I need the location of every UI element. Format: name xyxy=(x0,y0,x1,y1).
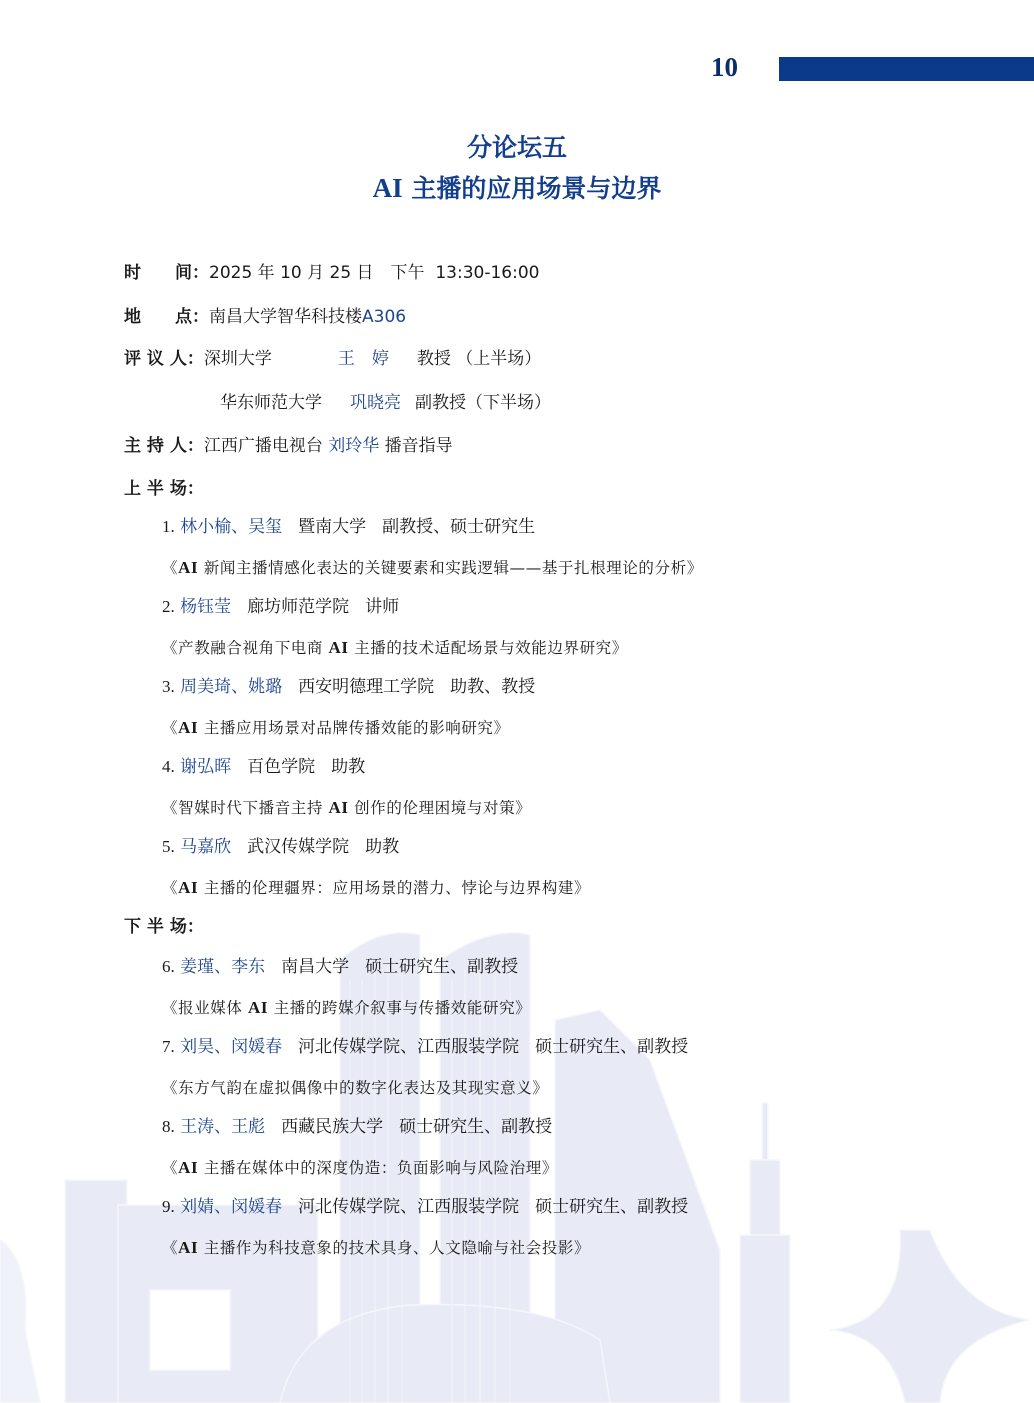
talk-authors: 王涛、王彪 xyxy=(180,1117,265,1137)
host-name: 刘玲华 xyxy=(328,436,379,456)
talk-item: 8. 王涛、王彪西藏民族大学硕士研究生、副教授 xyxy=(162,1115,552,1139)
talk-authors: 姜瑾、李东 xyxy=(180,957,265,977)
time-value: 2025 年 10 月 25 日 下午 13:30-16:00 xyxy=(209,263,539,283)
talk-paper-title: 《AI 主播在媒体中的深度伪造：负面影响与风险治理》 xyxy=(162,1156,558,1180)
commentators-label: 评 议 人： xyxy=(124,349,204,369)
talk-authors: 周美琦、姚璐 xyxy=(180,677,282,697)
location-room: A306 xyxy=(362,307,406,327)
talk-item: 9. 刘婧、闵媛春河北传媒学院、江西服装学院硕士研究生、副教授 xyxy=(162,1195,688,1219)
location-value: 南昌大学智华科技楼 xyxy=(209,307,362,327)
info-time: 时 间：2025 年 10 月 25 日 下午 13:30-16:00 xyxy=(124,261,539,285)
forum-subtitle: AI 主播的应用场景与边界 xyxy=(0,168,1034,209)
session-label-first-half: 上 半 场： xyxy=(124,477,204,501)
info-location: 地 点：南昌大学智华科技楼A306 xyxy=(124,305,406,329)
talk-authors: 林小榆、吴玺 xyxy=(180,517,282,537)
talk-item: 4. 谢弘晖百色学院助教 xyxy=(162,755,365,779)
talk-institution: 河北传媒学院、江西服装学院 xyxy=(298,1197,519,1217)
title-block: 分论坛五 AI 主播的应用场景与边界 xyxy=(0,128,1034,209)
talk-authors: 马嘉欣 xyxy=(180,837,231,857)
talk-paper-title: 《东方气韵在虚拟偶像中的数字化表达及其现实意义》 xyxy=(162,1076,548,1100)
talk-item: 6. 姜瑾、李东南昌大学硕士研究生、副教授 xyxy=(162,955,518,979)
talk-titles: 硕士研究生、副教授 xyxy=(535,1037,688,1057)
talk-item: 1. 林小榆、吴玺暨南大学副教授、硕士研究生 xyxy=(162,515,535,539)
talk-authors: 谢弘晖 xyxy=(180,757,231,777)
commentator-title: 教授 （上半场） xyxy=(417,349,541,369)
skyline-background-illustration xyxy=(0,0,1034,1403)
talk-institution: 暨南大学 xyxy=(298,517,366,537)
forum-title: 分论坛五 xyxy=(0,128,1034,168)
talk-titles: 助教、教授 xyxy=(450,677,535,697)
talk-authors: 刘婧、闵媛春 xyxy=(180,1197,282,1217)
talk-item: 5. 马嘉欣武汉传媒学院助教 xyxy=(162,835,399,859)
info-host: 主 持 人：江西广播电视台 刘玲华 播音指导 xyxy=(124,434,453,458)
subtitle-text: 主播的应用场景与边界 xyxy=(411,174,661,203)
time-label: 时 间： xyxy=(124,263,209,283)
talk-authors: 杨钰莹 xyxy=(180,597,231,617)
talk-institution: 南昌大学 xyxy=(281,957,349,977)
talk-titles: 助教 xyxy=(365,837,399,857)
talk-titles: 硕士研究生、副教授 xyxy=(399,1117,552,1137)
host-label: 主 持 人： xyxy=(124,436,204,456)
host-institution: 江西广播电视台 xyxy=(204,436,323,456)
talk-titles: 助教 xyxy=(331,757,365,777)
session-label-second-half: 下 半 场： xyxy=(124,915,204,939)
commentator-name: 巩晓亮 xyxy=(350,393,401,413)
talk-institution: 西安明德理工学院 xyxy=(298,677,434,697)
talk-paper-title: 《智媒时代下播音主持 AI 创作的伦理困境与对策》 xyxy=(162,796,531,820)
page-number: 10 xyxy=(711,52,738,83)
talk-institution: 河北传媒学院、江西服装学院 xyxy=(298,1037,519,1057)
talk-titles: 讲师 xyxy=(365,597,399,617)
talk-institution: 西藏民族大学 xyxy=(281,1117,383,1137)
header-accent-bar xyxy=(779,57,1034,81)
commentator-name: 王 婷 xyxy=(338,349,389,369)
talk-institution: 廊坊师范学院 xyxy=(247,597,349,617)
location-label: 地 点： xyxy=(124,307,209,327)
subtitle-prefix: AI xyxy=(373,173,403,203)
info-commentator-1: 评 议 人：深圳大学王 婷教授 （上半场） xyxy=(124,347,541,371)
talk-item: 3. 周美琦、姚璐西安明德理工学院助教、教授 xyxy=(162,675,535,699)
talk-paper-title: 《AI 主播作为科技意象的技术具身、人文隐喻与社会投影》 xyxy=(162,1236,590,1260)
commentator-institution: 深圳大学 xyxy=(204,349,272,369)
talk-authors: 刘昊、闵媛春 xyxy=(180,1037,282,1057)
talk-titles: 副教授、硕士研究生 xyxy=(382,517,535,537)
talk-paper-title: 《AI 新闻主播情感化表达的关键要素和实践逻辑——基于扎根理论的分析》 xyxy=(162,556,703,580)
info-commentator-2: 华东师范大学巩晓亮副教授（下半场） xyxy=(220,391,551,415)
talk-item: 7. 刘昊、闵媛春河北传媒学院、江西服装学院硕士研究生、副教授 xyxy=(162,1035,688,1059)
talk-titles: 硕士研究生、副教授 xyxy=(535,1197,688,1217)
talk-paper-title: 《报业媒体 AI 主播的跨媒介叙事与传播效能研究》 xyxy=(162,996,531,1020)
commentator-institution: 华东师范大学 xyxy=(220,393,322,413)
talk-paper-title: 《产教融合视角下电商 AI 主播的技术适配场景与效能边界研究》 xyxy=(162,636,628,660)
talk-institution: 武汉传媒学院 xyxy=(247,837,349,857)
talk-paper-title: 《AI 主播的伦理疆界：应用场景的潜力、悖论与边界构建》 xyxy=(162,876,590,900)
talk-item: 2. 杨钰莹廊坊师范学院讲师 xyxy=(162,595,399,619)
host-title: 播音指导 xyxy=(385,436,453,456)
talk-titles: 硕士研究生、副教授 xyxy=(365,957,518,977)
talk-paper-title: 《AI 主播应用场景对品牌传播效能的影响研究》 xyxy=(162,716,510,740)
commentator-title: 副教授（下半场） xyxy=(415,393,551,413)
talk-institution: 百色学院 xyxy=(247,757,315,777)
